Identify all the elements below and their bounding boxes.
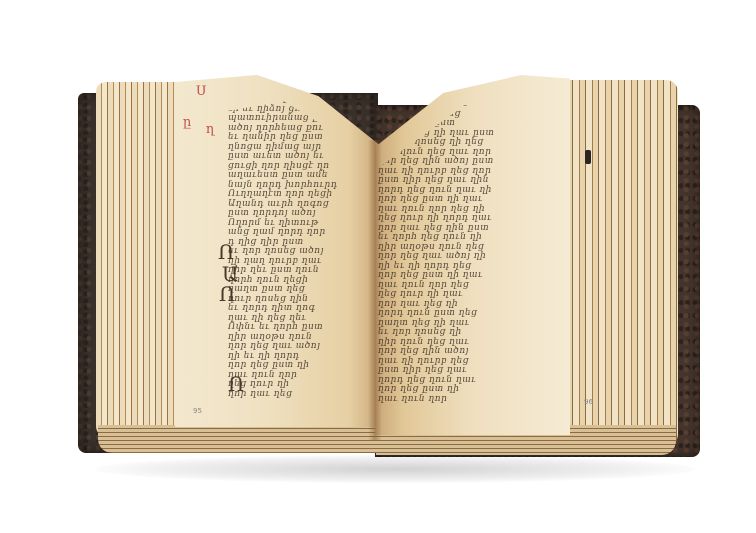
left-page-edges	[98, 425, 380, 453]
rubric-mark: ը	[183, 115, 191, 130]
text-line: ղաւ ղուն ղոր	[378, 395, 548, 405]
right-folio-number: 96	[584, 398, 593, 406]
rubric-mark: Ս	[196, 84, 206, 99]
left-page-text: ԱԵՈւ ըւր ղի ածոցն ւր եւ ղիձոյ ցուն ընդ պ…	[228, 95, 368, 413]
binding-clasp	[585, 150, 591, 164]
book-shadow	[95, 455, 695, 483]
manuscript-photo: Ս ը ղ Ո Ա Ո Ո ԱԵՈւ ըւր ղի ածոցն ւր եւ ղի…	[0, 0, 756, 533]
left-folio-number: 95	[193, 407, 202, 415]
text-line: ղոր ղաւ ղեց	[228, 390, 368, 400]
right-page-stack	[560, 80, 678, 448]
rubric-mark: ղ	[206, 122, 214, 137]
